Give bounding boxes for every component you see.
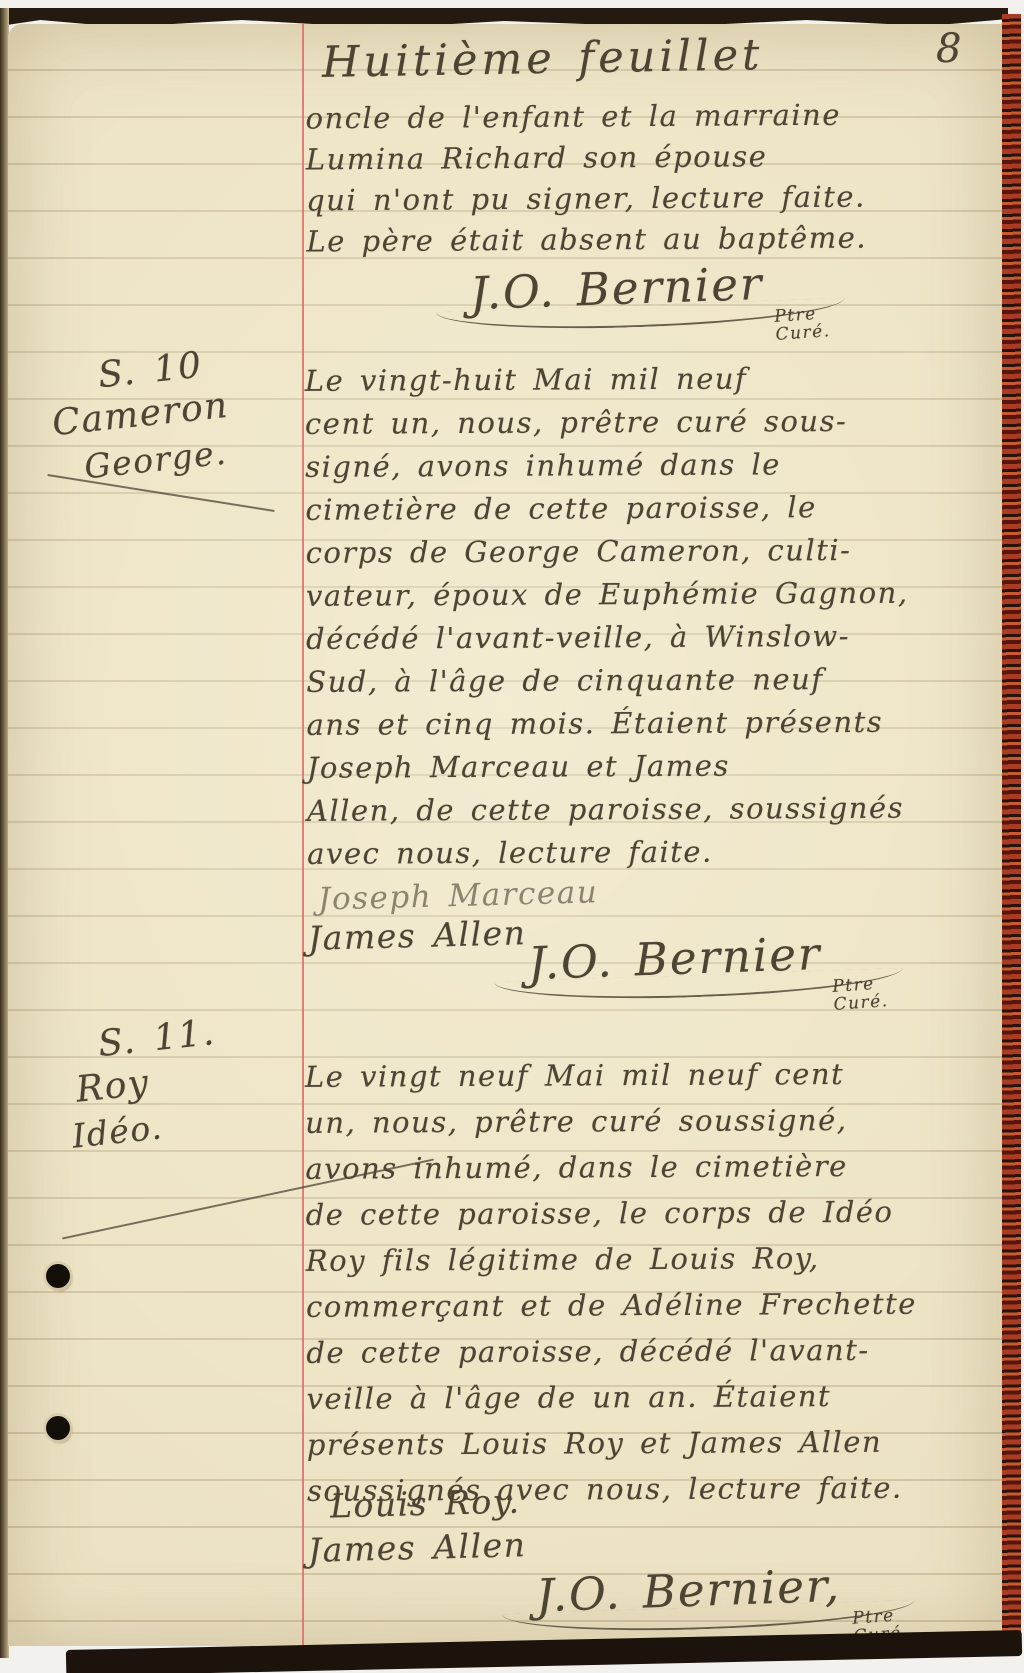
text-line: un, nous, prêtre curé soussigné, (305, 1096, 1005, 1146)
text-line: oncle de l'enfant et la marraine (305, 94, 1005, 140)
text-line: Roy fils légitime de Louis Roy, (306, 1234, 1006, 1284)
text-line: Le vingt-huit Mai mil neuf (305, 356, 1005, 403)
page-number: 8 (936, 26, 963, 72)
text-line: de cette paroisse, le corps de Idéo (306, 1188, 1006, 1238)
cure-abbrev: Curé. (776, 323, 832, 345)
punch-hole (46, 1264, 70, 1288)
text-line: Le vingt neuf Mai mil neuf cent (305, 1050, 1005, 1100)
punch-hole (46, 1416, 70, 1440)
text-line: avec nous, lecture faite. (307, 829, 1007, 876)
text-line: de cette paroisse, décédé l'avant- (306, 1326, 1006, 1376)
scanned-register-page: Huitième feuillet 8 oncle de l'enfant et… (0, 0, 1024, 1673)
text-line: qui n'ont pu signer, lecture faite. (306, 176, 1006, 222)
text-line: vateur, époux de Euphémie Gagnon, (306, 571, 1006, 618)
text-line: cent un, nous, prêtre curé sous- (305, 399, 1005, 446)
witness-signature: James Allen (308, 913, 527, 958)
page-title: Huitième feuillet (322, 30, 764, 88)
text-line: ans et cinq mois. Étaient présents (306, 700, 1006, 747)
text-line: Joseph Marceau et James (307, 743, 1007, 790)
priest-signature: J.O. BernierPtreCuré. (528, 932, 889, 997)
text-line: Allen, de cette paroisse, soussignés (307, 786, 1007, 833)
text-line: veille à l'âge de un an. Étaient (306, 1372, 1006, 1422)
witness-signature: Joseph Marceau (318, 874, 599, 917)
burial-act-text: Le vingt-huit Mai mil neuf cent un, nous… (305, 356, 1008, 876)
text-line: Sud, à l'âge de cinquante neuf (306, 657, 1006, 704)
text-line: avons inhumé, dans le cimetière (305, 1142, 1005, 1192)
text-line: Lumina Richard son épouse (306, 135, 1006, 181)
margin-rule-line (302, 24, 304, 1646)
text-line: cimetière de cette paroisse, le (305, 485, 1005, 532)
text-line: corps de George Cameron, culti- (306, 528, 1006, 575)
witness-signature: James Allen (308, 1525, 527, 1570)
witness-signature: Louis Roy. (330, 1482, 521, 1526)
text-line: signé, avons inhumé dans le (305, 442, 1005, 489)
text-line: commerçant et de Adéline Frechette (306, 1280, 1006, 1330)
priest-signature: J.O. BernierPtreCuré. (470, 262, 831, 327)
entry-surname: Roy (74, 1062, 152, 1110)
intro-paragraph: oncle de l'enfant et la marraine Lumina … (305, 94, 1006, 263)
cure-abbrev: Curé. (834, 993, 890, 1015)
text-line: Le père était absent au baptême. (306, 217, 1006, 263)
burial-act-text: Le vingt neuf Mai mil neuf cent un, nous… (305, 1050, 1007, 1514)
book-edge-right (1002, 14, 1021, 1644)
text-line: présents Louis Roy et James Allen (307, 1418, 1007, 1468)
text-line: décédé l'avant-veille, à Winslow- (306, 614, 1006, 661)
priest-signature: J.O. Bernier,PtreCuré (536, 1564, 901, 1629)
